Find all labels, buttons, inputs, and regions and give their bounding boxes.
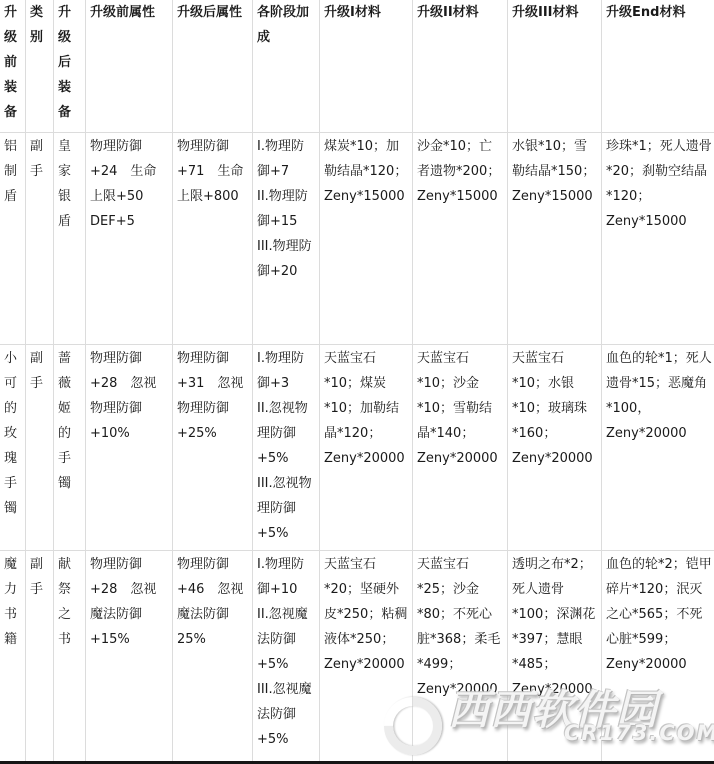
cell-stage-bonus: I.物理防御+10 II.忽视魔法防御+5% III.忽视魔法防御+5% [253,551,320,762]
cell-upgrade-after-equip: 蔷薇姬的手镯 [54,345,86,551]
cell-materials-end: 血色的轮*1；死人遗骨*15；恶魔角*100，Zeny*20000 [602,345,714,551]
cell-stage-bonus: I.物理防御+7 II.物理防御+15 III.物理防御+20 [253,133,320,345]
header-materials-2: 升级II材料 [413,0,508,133]
cell-materials-1: 天蓝宝石*20；坚硬外皮*250；粘稠液体*250；Zeny*20000 [320,551,413,762]
cell-upgrade-before-equip: 小可的玫瑰手镯 [0,345,26,551]
table-row: 魔力书籍 副手 献祭之书 物理防御+28 忽视魔法防御+15% 物理防御+46 … [0,551,714,762]
header-upgrade-after-equip: 升级后装备 [54,0,86,133]
cell-materials-3: 天蓝宝石*10；水银*10；玻璃珠*160；Zeny*20000 [508,345,602,551]
cell-attrs-after: 物理防御+31 忽视物理防御+25% [173,345,253,551]
cell-materials-2: 天蓝宝石*10；沙金*10；雪勒结晶*140；Zeny*20000 [413,345,508,551]
header-attrs-after: 升级后属性 [173,0,253,133]
cell-attrs-before: 物理防御+24 生命上限+50 DEF+5 [86,133,173,345]
cell-materials-2: 天蓝宝石*25；沙金*80；不死心脏*368；柔毛*499；Zeny*20000 [413,551,508,762]
equipment-upgrade-table: 升级前装备 类别 升级后装备 升级前属性 升级后属性 各阶段加成 升级I材料 升… [0,0,714,762]
cell-category: 副手 [26,551,54,762]
cell-materials-1: 煤炭*10；加勒结晶*120；Zeny*15000 [320,133,413,345]
page: 升级前装备 类别 升级后装备 升级前属性 升级后属性 各阶段加成 升级I材料 升… [0,0,714,764]
header-category: 类别 [26,0,54,133]
header-row: 升级前装备 类别 升级后装备 升级前属性 升级后属性 各阶段加成 升级I材料 升… [0,0,714,133]
header-upgrade-before-equip: 升级前装备 [0,0,26,133]
header-materials-3: 升级III材料 [508,0,602,133]
table-row: 铝制盾 副手 皇家银盾 物理防御+24 生命上限+50 DEF+5 物理防御+7… [0,133,714,345]
cell-materials-1: 天蓝宝石*10；煤炭*10；加勒结晶*120；Zeny*20000 [320,345,413,551]
cell-materials-3: 水银*10；雪勒结晶*150；Zeny*15000 [508,133,602,345]
cell-upgrade-after-equip: 皇家银盾 [54,133,86,345]
header-materials-1: 升级I材料 [320,0,413,133]
cell-stage-bonus: I.物理防御+3 II.忽视物理防御+5% III.忽视物理防御+5% [253,345,320,551]
header-attrs-before: 升级前属性 [86,0,173,133]
table-row: 小可的玫瑰手镯 副手 蔷薇姬的手镯 物理防御+28 忽视物理防御+10% 物理防… [0,345,714,551]
header-stage-bonus: 各阶段加成 [253,0,320,133]
cell-category: 副手 [26,133,54,345]
cell-category: 副手 [26,345,54,551]
cell-attrs-after: 物理防御+46 忽视魔法防御25% [173,551,253,762]
cell-upgrade-before-equip: 铝制盾 [0,133,26,345]
cell-attrs-after: 物理防御+71 生命上限+800 [173,133,253,345]
cell-materials-2: 沙金*10；亡者遗物*200；Zeny*15000 [413,133,508,345]
cell-attrs-before: 物理防御+28 忽视物理防御+10% [86,345,173,551]
cell-attrs-before: 物理防御+28 忽视魔法防御+15% [86,551,173,762]
cell-materials-3: 透明之布*2；死人遗骨*100；深渊花*397；慧眼*485；Zeny*2000… [508,551,602,762]
cell-materials-end: 血色的轮*2；铠甲碎片*120；泯灭之心*565；不死心脏*599；Zeny*2… [602,551,714,762]
cell-upgrade-after-equip: 献祭之书 [54,551,86,762]
header-materials-end: 升级End材料 [602,0,714,133]
cell-upgrade-before-equip: 魔力书籍 [0,551,26,762]
cell-materials-end: 珍珠*1；死人遗骨*20；刹勒空结晶*120；Zeny*15000 [602,133,714,345]
